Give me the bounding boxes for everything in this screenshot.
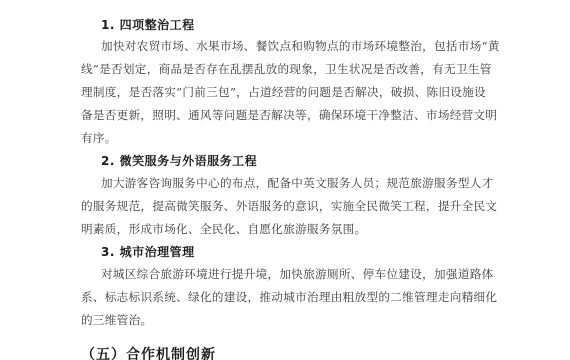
paragraph-line: 线”是否划定，商品是否存在乱摆乱放的现象，卫生状况是否改善，有无卫生管	[81, 62, 492, 76]
document-page: 1. 四项整治工程 加快对农贸市场、水果市场、餐饮点和购物点的市场环境整治，包括…	[0, 0, 570, 360]
paragraph-line: 加大游客咨询服务中心的布点，配备中英文服务人员；规范旅游服务型人才	[101, 176, 494, 190]
section-heading-city-governance: 3. 城市治理管理	[101, 243, 195, 260]
paragraph-line: 明素质，形成市场化、全民化、自愿化旅游服务氛围。	[81, 222, 366, 236]
paragraph-line: 系、标志标识系统、绿化的建设，推动城市治理由粗放型的二维管理走向精细化	[81, 290, 497, 304]
paragraph-line: 加快对农贸市场、水果市场、餐饮点和购物点的市场环境整治，包括市场“黄	[101, 39, 500, 53]
paragraph-line: 备是否更新，照明、通风等问题是否解决等，确保环境干净整洁、市场经营文明	[81, 108, 497, 122]
paragraph-line: 的三维管治。	[81, 313, 152, 327]
paragraph-line: 有序。	[81, 131, 117, 145]
paragraph-line: 的服务规范，提高微笑服务、外语服务的意识，实施全民微笑工程，提升全民文	[81, 199, 497, 213]
section-heading-four-rectification: 1. 四项整治工程	[101, 16, 195, 33]
section-title-cooperation-mechanism: （五）合作机制创新	[81, 344, 216, 360]
paragraph-line: 理制度，是否落实“门前三包”，占道经营的问题是否解决，破损、陈旧设施设	[81, 85, 486, 99]
section-heading-smile-service: 2. 微笑服务与外语服务工程	[101, 152, 257, 169]
paragraph-line: 对城区综合旅游环境进行提升境，加快旅游厕所、停车位建设，加强道路体	[101, 267, 494, 281]
